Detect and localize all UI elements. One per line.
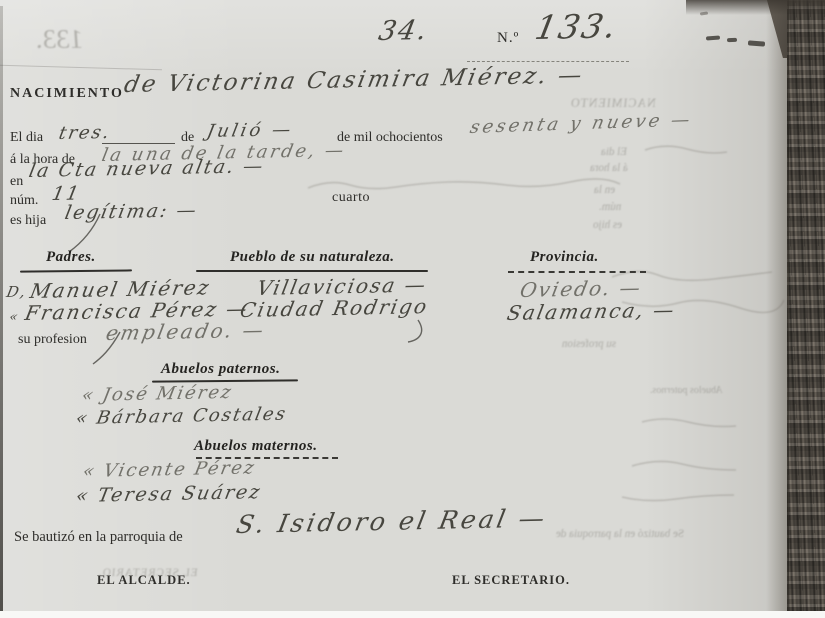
child-line-value: legítima: — bbox=[63, 199, 200, 224]
birth-record-scan: 133. NACIMIENTO El dia á la hora en la n… bbox=[0, 0, 825, 618]
record-number-underline bbox=[467, 61, 629, 62]
maternal-grandmother: « Teresa Suárez bbox=[74, 481, 263, 507]
record-number-label: N.º bbox=[497, 30, 519, 47]
house-number-label: núm. bbox=[10, 193, 38, 209]
scan-left-edge bbox=[0, 6, 3, 612]
child-line-label: es hija bbox=[10, 213, 46, 229]
date-month: Julió — bbox=[205, 119, 295, 142]
corner-number: 34. bbox=[376, 15, 431, 47]
row1-prefix: D, bbox=[5, 283, 29, 301]
place-line-label: en bbox=[10, 174, 23, 190]
col-underline-pueblo bbox=[196, 270, 428, 272]
col-underline-provincia bbox=[508, 271, 646, 273]
date-line-label: El dia bbox=[10, 130, 43, 146]
col-header-padres: Padres. bbox=[46, 249, 96, 266]
col-header-provincia: Provincia. bbox=[530, 249, 599, 266]
paternal-grandfather: « José Miérez bbox=[80, 382, 235, 406]
secretario-signature-label: EL SECRETARIO. bbox=[452, 573, 570, 588]
binding-shadow bbox=[766, 0, 787, 612]
date-day: tres. bbox=[57, 122, 113, 144]
scan-bottom-margin bbox=[0, 611, 825, 618]
maternal-grandparents-header: Abuelos maternos. bbox=[194, 438, 318, 455]
col-header-pueblo: Pueblo de su naturaleza. bbox=[230, 249, 395, 266]
profession-value: empleado. — bbox=[104, 318, 268, 345]
alcalde-signature-label: EL ALCALDE. bbox=[97, 573, 191, 588]
paternal-grandmother: « Bárbara Costales bbox=[74, 404, 289, 429]
paternal-grandparents-header: Abuelos paternos. bbox=[161, 361, 280, 378]
floor-label: cuarto bbox=[332, 190, 370, 206]
tear-mark bbox=[727, 38, 737, 42]
maternal-grandfather: « Vicente Pérez bbox=[81, 457, 258, 482]
mother-provincia: Salamanca, — bbox=[505, 297, 678, 325]
record-number-value: 133. bbox=[532, 6, 621, 47]
baptism-label: Se bautizó en la parroquia de bbox=[14, 529, 183, 546]
book-binding-edge bbox=[787, 0, 825, 612]
title-label: NACIMIENTO bbox=[10, 86, 124, 102]
profession-label: su profesion bbox=[18, 332, 87, 348]
date-mil-label: de mil ochocientos bbox=[337, 130, 443, 146]
